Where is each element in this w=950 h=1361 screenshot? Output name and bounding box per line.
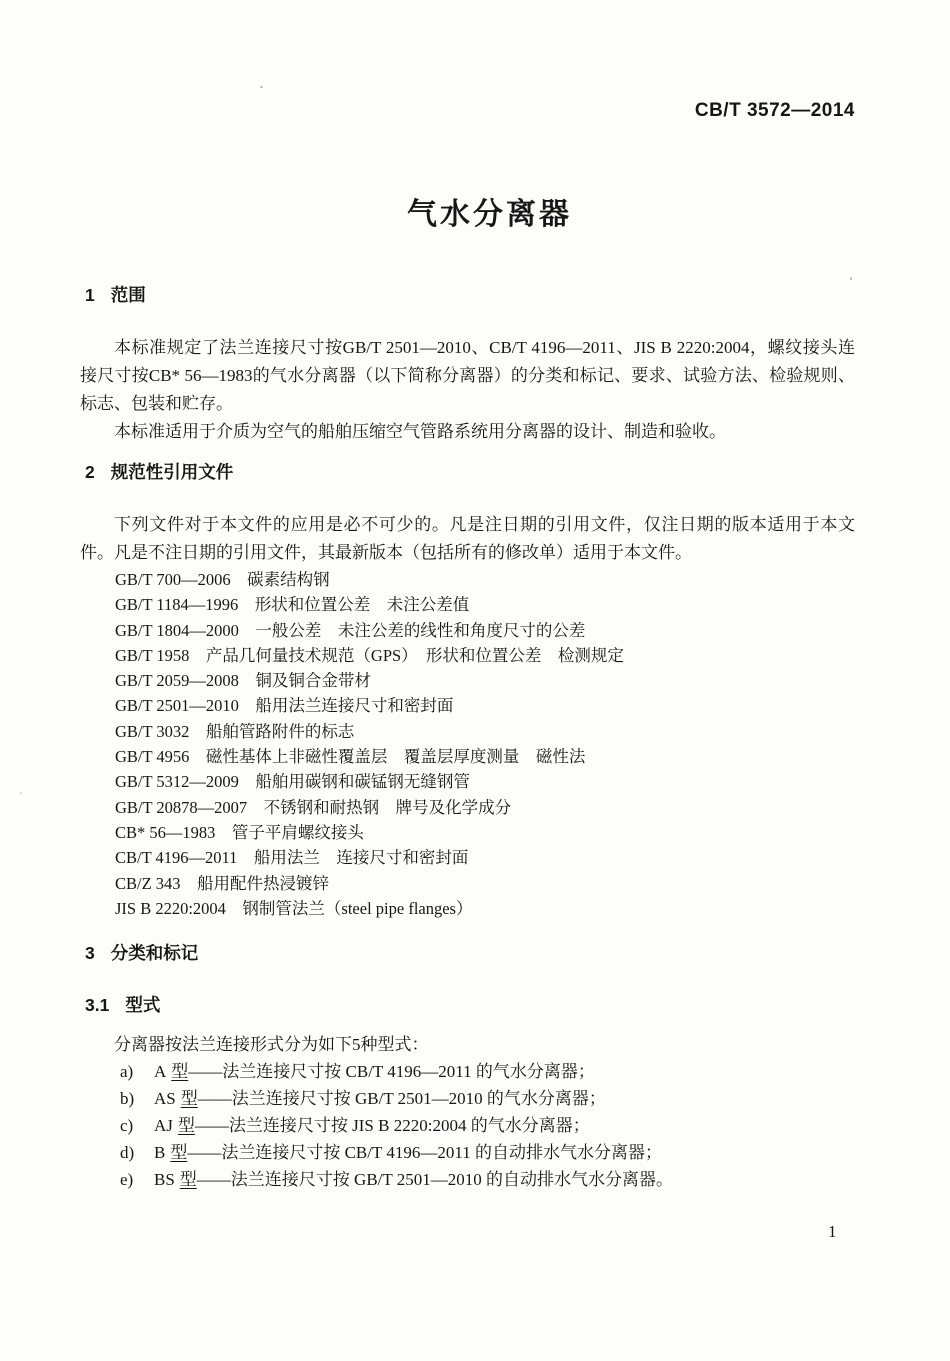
reference-item: GB/T 1958 产品几何量技术规范（GPS） 形状和位置公差 检测规定 [115, 643, 855, 668]
scope-paragraph-1: 本标准规定了法兰连接尺寸按GB/T 2501—2010、CB/T 4196—20… [80, 334, 855, 418]
reference-item: GB/T 5312—2009 船舶用碳钢和碳锰钢无缝钢管 [115, 769, 855, 794]
scope-paragraph-2: 本标准适用于介质为空气的船舶压缩空气管路系统用分离器的设计、制造和验收。 [80, 418, 855, 446]
scan-speck [20, 792, 22, 794]
item-letter: b) [120, 1085, 154, 1112]
section-1-title: 范围 [111, 285, 146, 305]
type-list: a)A型——法兰连接尺寸按 CB/T 4196—2011 的气水分离器； b)A… [80, 1058, 855, 1193]
document-title: 气水分离器 [102, 197, 877, 233]
section-2-number: 2 [85, 462, 95, 482]
standard-number: CB/T 3572—2014 [80, 100, 855, 122]
item-type-char: 型 [178, 1116, 195, 1135]
item-letter: e) [120, 1166, 154, 1193]
section-3-title: 分类和标记 [111, 943, 199, 963]
item-type-char: 型 [170, 1143, 187, 1162]
type-item-c: c)AJ型——法兰连接尺寸按 JIS B 2220:2004 的气水分离器； [120, 1112, 855, 1139]
type-list-intro: 分离器按法兰连接形式分为如下5种型式： [80, 1031, 855, 1058]
item-type-char: 型 [180, 1170, 197, 1189]
item-letter: c) [120, 1112, 154, 1139]
item-type-code: A [154, 1062, 166, 1081]
scan-speck [850, 277, 852, 280]
reference-item: GB/T 700—2006 碳素结构钢 [115, 567, 855, 592]
item-type-char: 型 [171, 1062, 188, 1081]
section-3-1-heading: 3.1型式 [80, 993, 855, 1017]
section-2-title: 规范性引用文件 [111, 462, 234, 482]
reference-list: GB/T 700—2006 碳素结构钢 GB/T 1184—1996 形状和位置… [80, 567, 855, 921]
item-type-code: AS [154, 1089, 176, 1108]
reference-item: GB/T 4956 磁性基体上非磁性覆盖层 覆盖层厚度测量 磁性法 [115, 744, 855, 769]
item-text: ——法兰连接尺寸按 GB/T 2501—2010 的气水分离器； [198, 1089, 606, 1108]
document-page: CB/T 3572—2014 气水分离器 1范围 本标准规定了法兰连接尺寸按GB… [0, 0, 950, 1361]
item-letter: a) [120, 1058, 154, 1085]
reference-item: GB/T 1184—1996 形状和位置公差 未注公差值 [115, 592, 855, 617]
reference-item: GB/T 1804—2000 一般公差 未注公差的线性和角度尺寸的公差 [115, 618, 855, 643]
reference-item: GB/T 20878—2007 不锈钢和耐热钢 牌号及化学成分 [115, 795, 855, 820]
section-2-heading: 2规范性引用文件 [80, 460, 855, 484]
normative-references-paragraph: 下列文件对于本文件的应用是必不可少的。凡是注日期的引用文件，仅注日期的版本适用于… [80, 511, 855, 567]
item-text: ——法兰连接尺寸按 CB/T 4196—2011 的自动排水气水分离器； [187, 1143, 662, 1162]
reference-item: CB* 56—1983 管子平肩螺纹接头 [115, 820, 855, 845]
type-item-a: a)A型——法兰连接尺寸按 CB/T 4196—2011 的气水分离器； [120, 1058, 855, 1085]
section-3-heading: 3分类和标记 [80, 941, 855, 965]
reference-item: GB/T 2501—2010 船用法兰连接尺寸和密封面 [115, 693, 855, 718]
section-3-1-title: 型式 [125, 995, 160, 1015]
item-type-code: B [154, 1143, 165, 1162]
item-text: ——法兰连接尺寸按 GB/T 2501—2010 的自动排水气水分离器。 [197, 1170, 673, 1189]
section-1-number: 1 [85, 285, 95, 305]
scan-speck [260, 86, 263, 88]
reference-item: CB/T 4196—2011 船用法兰 连接尺寸和密封面 [115, 845, 855, 870]
page-number: 1 [828, 1222, 837, 1242]
reference-item: JIS B 2220:2004 钢制管法兰（steel pipe flanges… [115, 896, 855, 921]
type-item-d: d)B型——法兰连接尺寸按 CB/T 4196—2011 的自动排水气水分离器； [120, 1139, 855, 1166]
reference-item: GB/T 2059—2008 铜及铜合金带材 [115, 668, 855, 693]
type-item-b: b)AS型——法兰连接尺寸按 GB/T 2501—2010 的气水分离器； [120, 1085, 855, 1112]
item-type-code: AJ [154, 1116, 173, 1135]
reference-item: GB/T 3032 船舶管路附件的标志 [115, 719, 855, 744]
section-3-number: 3 [85, 943, 95, 963]
item-text: ——法兰连接尺寸按 CB/T 4196—2011 的气水分离器； [188, 1062, 595, 1081]
section-3-1-number: 3.1 [85, 995, 109, 1015]
type-item-e: e)BS型——法兰连接尺寸按 GB/T 2501—2010 的自动排水气水分离器… [120, 1166, 855, 1193]
item-letter: d) [120, 1139, 154, 1166]
reference-item: CB/Z 343 船用配件热浸镀锌 [115, 871, 855, 896]
item-type-code: BS [154, 1170, 175, 1189]
section-1-heading: 1范围 [80, 283, 855, 307]
item-type-char: 型 [181, 1089, 198, 1108]
item-text: ——法兰连接尺寸按 JIS B 2220:2004 的气水分离器； [195, 1116, 590, 1135]
